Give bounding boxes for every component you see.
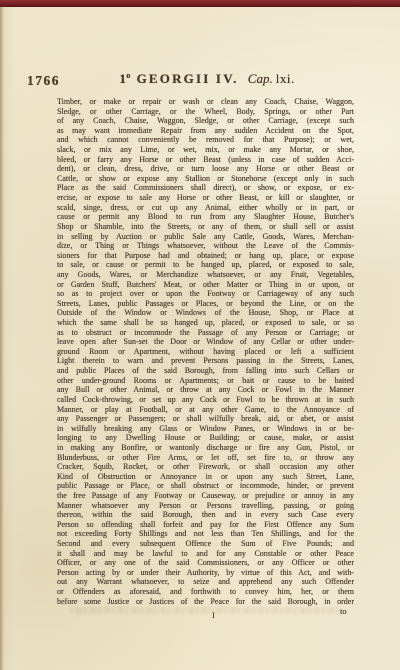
body-line: Kind of Obstruction or Annoyance in or u…	[57, 472, 354, 482]
body-line: ground Room or Apartment, without having…	[57, 347, 354, 357]
signature-mark: I	[212, 610, 215, 620]
statute-body-text: Timber, or make or repair or wash or cle…	[57, 97, 354, 606]
body-line: to sale, or cause or permit to be hanged…	[57, 260, 354, 270]
body-line: out any Warrant whatsoever, to seize and…	[57, 577, 354, 587]
body-line: Timber, or make or repair or wash or cle…	[57, 97, 354, 107]
body-line: Person acting by or under their Authorit…	[57, 568, 354, 578]
body-line: leave open after Sun-set the Door or Win…	[57, 337, 354, 347]
body-line: Manner, or play at Football, or at any o…	[57, 405, 354, 415]
body-line: the free Passage of any Footway or Cause…	[57, 491, 354, 501]
body-line: slack, or mix any Lime, or wet, mix, or …	[57, 145, 354, 155]
body-line: or Garden Stuff, Butchers' Meat, or othe…	[57, 280, 354, 290]
monarch-name: GEORGII IV.	[137, 71, 239, 86]
body-line: dent), or clean, dress, drive, or turn l…	[57, 164, 354, 174]
regnal-year: 1	[119, 71, 126, 86]
body-line: Officer, or any one of the said Commissi…	[57, 558, 354, 568]
page-number: 1766	[27, 73, 60, 89]
chapter-number: lxi.	[276, 71, 295, 86]
body-line: or Offenders as aforesaid, and forthwith…	[57, 587, 354, 597]
body-line: Cattle, or show or expose any Stallion o…	[57, 174, 354, 184]
body-line: Place as the said Commissioners shall di…	[57, 183, 354, 193]
body-line: as to obstruct or incommode the Passage …	[57, 328, 354, 338]
running-header: 1o GEORGII IV. Cap.lxi.	[119, 71, 294, 87]
body-line: in wilfully breaking any Glass or Window…	[57, 424, 354, 434]
chapter-label: Cap.	[248, 71, 273, 86]
body-line: Second and every subsequent Offence the …	[57, 539, 354, 549]
body-line: of any Coach, Chaise, Waggon, Sledge, or…	[57, 116, 354, 126]
body-line: which the same shall be so hanged up, pl…	[57, 318, 354, 328]
page-fold-shadow	[0, 7, 4, 670]
page-header: 1766 1o GEORGII IV. Cap.lxi.	[0, 71, 400, 89]
body-line: Streets, Lanes, public Passages or Place…	[57, 299, 354, 309]
body-line: Manner whatsoever any Person or Persons …	[57, 501, 354, 511]
body-line: ercise, or expose to sale any Horse or o…	[57, 193, 354, 203]
body-line: dize, or Thing or Things whatsoever, wit…	[57, 241, 354, 251]
catchword: to	[340, 606, 347, 616]
show-through-smudge	[70, 607, 340, 614]
body-line: thereon, within the said Borough, then a…	[57, 510, 354, 520]
body-line: Shop or Shamble, into the Streets, or an…	[57, 222, 354, 232]
body-line: so as to project over or upon the Footwa…	[57, 289, 354, 299]
body-line: other under-ground Rooms or Apartments; …	[57, 376, 354, 386]
body-line: scald, singe, dress, or cut up any Anima…	[57, 203, 354, 213]
body-line: and which cannot conveniently be removed…	[57, 135, 354, 145]
body-line: longing to any Dwelling House or Buildin…	[57, 433, 354, 443]
scanned-page: 1766 1o GEORGII IV. Cap.lxi. Timber, or …	[0, 7, 400, 670]
binding-edge	[0, 0, 400, 7]
body-line: before some Justice or Justices of the P…	[57, 597, 354, 607]
regnal-superscript: o	[126, 71, 130, 80]
body-line: Light therein to warn and prevent Person…	[57, 356, 354, 366]
body-line: public Passage or Place, or shall obstru…	[57, 481, 354, 491]
body-line: bleed, or farry any Horse or other Beast…	[57, 155, 354, 165]
body-line: as may want immediate Repair from any su…	[57, 126, 354, 136]
body-line: not exceeding Forty Shillings and not le…	[57, 529, 354, 539]
body-line: in making any Bonfire, or wantonly disch…	[57, 443, 354, 453]
body-line: any Bull or other Animal, or throw at an…	[57, 385, 354, 395]
body-line: Cracker, Squib, Rocket, or other Firewor…	[57, 462, 354, 472]
body-line: Person so offending shall forfeit and pa…	[57, 520, 354, 530]
body-line: cause or permit any Blood to run from an…	[57, 212, 354, 222]
body-line: any Passenger or Passengers; or shall wi…	[57, 414, 354, 424]
body-line: any Goods, Wares, or Merchandize whatsoe…	[57, 270, 354, 280]
body-line: and public Places of the said Borough, f…	[57, 366, 354, 376]
body-line: Sledge, or other Carriage, or the Wheel,…	[57, 107, 354, 117]
body-line: Outside of the Window or Windows of the …	[57, 308, 354, 318]
body-line: called Cock-throwing, or set up any Cock…	[57, 395, 354, 405]
body-line: it shall and may be lawful to and for an…	[57, 549, 354, 559]
body-line: Blunderbuss, or other Fire Arms, or let …	[57, 453, 354, 463]
body-line: in selling by Auction or public Sale any…	[57, 232, 354, 242]
body-line: sioners for that Purpose had and obtaine…	[57, 251, 354, 261]
